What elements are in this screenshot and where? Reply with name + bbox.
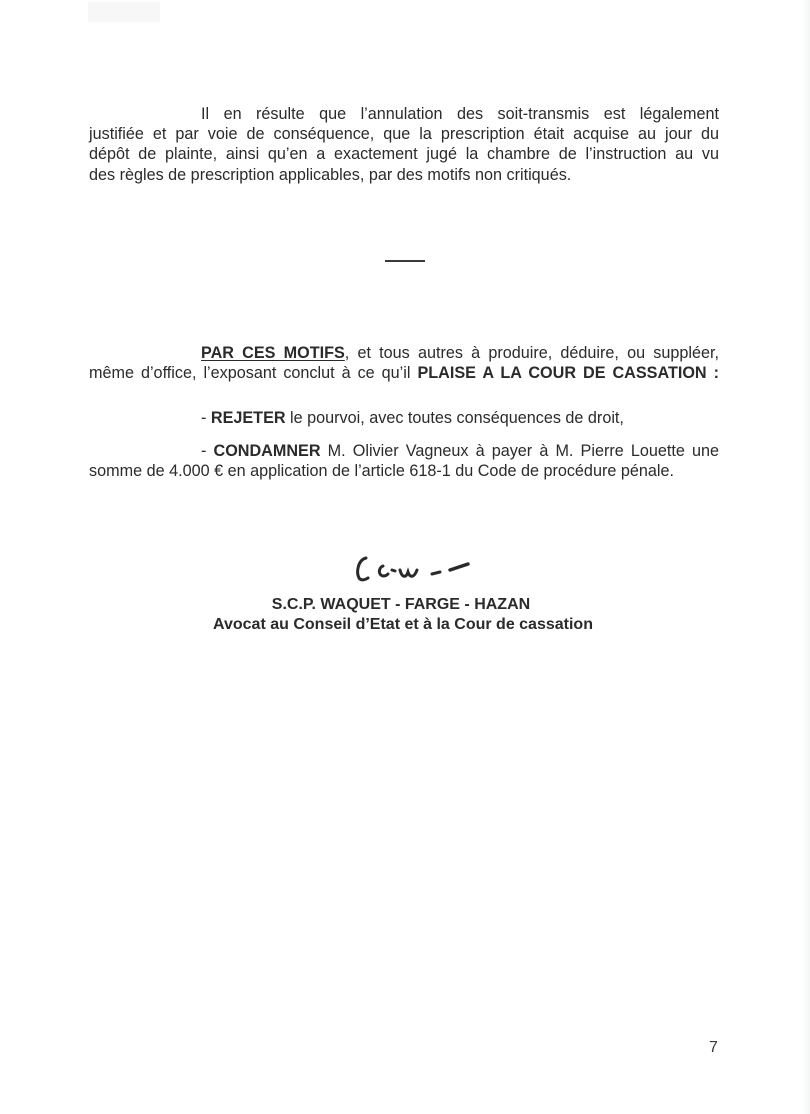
motifs-heading: PAR CES MOTIFS [201, 344, 345, 362]
conclusion-line-4: des règles de prescription applicables, … [89, 165, 719, 185]
condemn-prefix: - [201, 442, 214, 460]
condemn-paragraph: - CONDAMNER M. Olivier Vagneux à payer à… [89, 441, 719, 481]
condemn-keyword: CONDAMNER [214, 442, 321, 460]
reject-paragraph: - REJETER le pourvoi, avec toutes conséq… [89, 408, 719, 428]
firm-title: Avocat au Conseil d’Etat et à la Cour de… [0, 615, 808, 635]
scan-artifact [88, 2, 160, 22]
reject-rest: le pourvoi, avec toutes conséquences de … [286, 409, 624, 427]
document-page: Il en résulte que l’annulation des soit-… [0, 0, 810, 1114]
conclusion-line-2: justifiée et par voie de conséquence, qu… [89, 124, 719, 144]
page-number: 7 [709, 1039, 718, 1057]
conclusion-paragraph: Il en résulte que l’annulation des soit-… [89, 104, 719, 185]
condemn-line-2: somme de 4.000 € en application de l’art… [89, 461, 719, 481]
motifs-line-2-plain: même d’office, l’exposant conclut à ce q… [89, 364, 417, 382]
reject-keyword: REJETER [211, 409, 286, 427]
motifs-line-1-rest: , et tous autres à produire, déduire, ou… [345, 344, 719, 362]
reject-prefix: - [201, 409, 211, 427]
page-edge-shadow [802, 0, 810, 1114]
conclusion-line-1: Il en résulte que l’annulation des soit-… [201, 105, 719, 123]
firm-name: S.C.P. WAQUET - FARGE - HAZAN [0, 595, 806, 615]
section-divider [385, 260, 425, 262]
condemn-line-1-rest: M. Olivier Vagneux à payer à M. Pierre L… [321, 442, 719, 460]
motifs-paragraph: PAR CES MOTIFS, et tous autres à produir… [89, 343, 719, 383]
conclusion-line-3: dépôt de plainte, ainsi qu’en a exacteme… [89, 144, 719, 164]
handwritten-signature [350, 548, 500, 588]
motifs-plaise: PLAISE A LA COUR DE CASSATION : [417, 364, 719, 382]
